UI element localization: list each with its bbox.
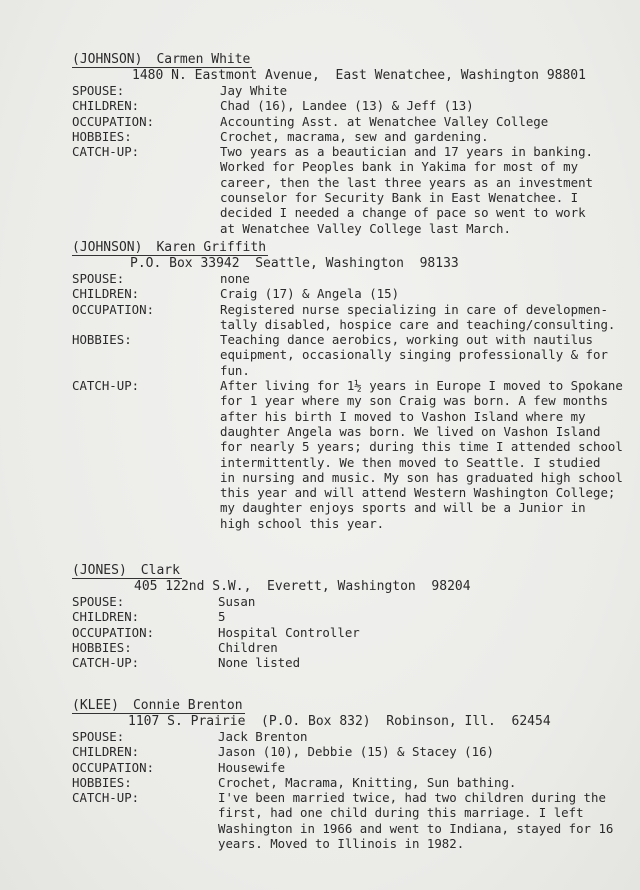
entry-address: 405 122nd S.W., Everett, Washington 9820… [134, 579, 640, 594]
entry-header: (JOHNSON)Karen Griffith [72, 240, 268, 256]
document-page: (JOHNSON)Carmen White 1480 N. Eastmont A… [0, 0, 640, 890]
field-label: CHILDREN: [72, 744, 218, 759]
field-value: Accounting Asst. at Wenatchee Valley Col… [220, 114, 640, 129]
directory-entry: (KLEE)Connie Brenton 1107 S. Prairie (P.… [72, 694, 640, 851]
field-value: Children [218, 640, 638, 655]
field-value: Jay White [220, 83, 640, 98]
field-label: HOBBIES: [72, 332, 220, 378]
field-row: HOBBIES:Children [72, 640, 640, 655]
entry-name: Carmen White [156, 52, 250, 67]
field-label: HOBBIES: [72, 775, 218, 790]
field-label: CATCH-UP: [72, 790, 218, 851]
field-value: 5 [218, 609, 638, 624]
field-row: CATCH-UP:I've been married twice, had tw… [72, 790, 640, 851]
directory-entry: (JOHNSON)Carmen White 1480 N. Eastmont A… [72, 48, 640, 236]
field-label: SPOUSE: [72, 594, 218, 609]
field-row: OCCUPATION:Housewife [72, 760, 640, 775]
field-row: CATCH-UP:None listed [72, 655, 640, 670]
field-value: Teaching dance aerobics, working out wit… [220, 332, 640, 378]
field-value: Jack Brenton [218, 729, 638, 744]
field-value: Susan [218, 594, 638, 609]
field-label: HOBBIES: [72, 129, 220, 144]
entry-header: (KLEE)Connie Brenton [72, 698, 245, 714]
field-label: OCCUPATION: [72, 114, 220, 129]
field-value: Two years as a beautician and 17 years i… [220, 144, 640, 236]
field-value: Housewife [218, 760, 638, 775]
field-label: OCCUPATION: [72, 625, 218, 640]
field-value: none [220, 271, 640, 286]
field-row: SPOUSE:Jack Brenton [72, 729, 640, 744]
entry-surname: (JONES) [72, 563, 127, 578]
entry-name: Clark [141, 563, 180, 578]
field-label: CATCH-UP: [72, 378, 220, 531]
entry-name: Connie Brenton [133, 698, 243, 713]
field-value: None listed [218, 655, 638, 670]
field-row: SPOUSE:none [72, 271, 640, 286]
field-value: After living for 1½ years in Europe I mo… [220, 378, 640, 531]
directory-entry: (JONES)Clark 405 122nd S.W., Everett, Wa… [72, 559, 640, 670]
field-row: SPOUSE:Susan [72, 594, 640, 609]
entry-address: P.O. Box 33942 Seattle, Washington 98133 [130, 256, 640, 271]
entry-name: Karen Griffith [156, 240, 266, 255]
field-value: Chad (16), Landee (13) & Jeff (13) [220, 98, 640, 113]
field-row: CATCH-UP:Two years as a beautician and 1… [72, 144, 640, 236]
field-label: SPOUSE: [72, 271, 220, 286]
field-row: OCCUPATION:Hospital Controller [72, 625, 640, 640]
field-row: HOBBIES:Teaching dance aerobics, working… [72, 332, 640, 378]
field-value: Craig (17) & Angela (15) [220, 286, 640, 301]
field-row: CHILDREN:Craig (17) & Angela (15) [72, 286, 640, 301]
field-label: OCCUPATION: [72, 760, 218, 775]
entry-header: (JOHNSON)Carmen White [72, 52, 252, 68]
field-value: I've been married twice, had two childre… [218, 790, 638, 851]
field-value: Crochet, macrama, sew and gardening. [220, 129, 640, 144]
field-row: HOBBIES:Crochet, macrama, sew and garden… [72, 129, 640, 144]
entry-surname: (KLEE) [72, 698, 119, 713]
entry-surname: (JOHNSON) [72, 52, 142, 67]
field-row: CHILDREN:Chad (16), Landee (13) & Jeff (… [72, 98, 640, 113]
field-label: CATCH-UP: [72, 144, 220, 236]
field-row: CATCH-UP:After living for 1½ years in Eu… [72, 378, 640, 531]
field-value: Registered nurse specializing in care of… [220, 302, 640, 333]
directory-entry: (JOHNSON)Karen Griffith P.O. Box 33942 S… [72, 236, 640, 531]
entry-address: 1480 N. Eastmont Avenue, East Wenatchee,… [132, 68, 640, 83]
field-label: CHILDREN: [72, 609, 218, 624]
entry-address: 1107 S. Prairie (P.O. Box 832) Robinson,… [128, 714, 640, 729]
entry-surname: (JOHNSON) [72, 240, 142, 255]
field-label: CATCH-UP: [72, 655, 218, 670]
field-label: SPOUSE: [72, 83, 220, 98]
field-label: CHILDREN: [72, 286, 220, 301]
field-row: CHILDREN:Jason (10), Debbie (15) & Stace… [72, 744, 640, 759]
field-row: OCCUPATION:Accounting Asst. at Wenatchee… [72, 114, 640, 129]
field-label: CHILDREN: [72, 98, 220, 113]
field-label: OCCUPATION: [72, 302, 220, 333]
entry-header: (JONES)Clark [72, 563, 182, 579]
field-row: OCCUPATION:Registered nurse specializing… [72, 302, 640, 333]
field-value: Crochet, Macrama, Knitting, Sun bathing. [218, 775, 638, 790]
field-row: HOBBIES:Crochet, Macrama, Knitting, Sun … [72, 775, 640, 790]
field-label: HOBBIES: [72, 640, 218, 655]
field-row: SPOUSE:Jay White [72, 83, 640, 98]
field-value: Jason (10), Debbie (15) & Stacey (16) [218, 744, 638, 759]
field-value: Hospital Controller [218, 625, 638, 640]
field-label: SPOUSE: [72, 729, 218, 744]
field-row: CHILDREN:5 [72, 609, 640, 624]
